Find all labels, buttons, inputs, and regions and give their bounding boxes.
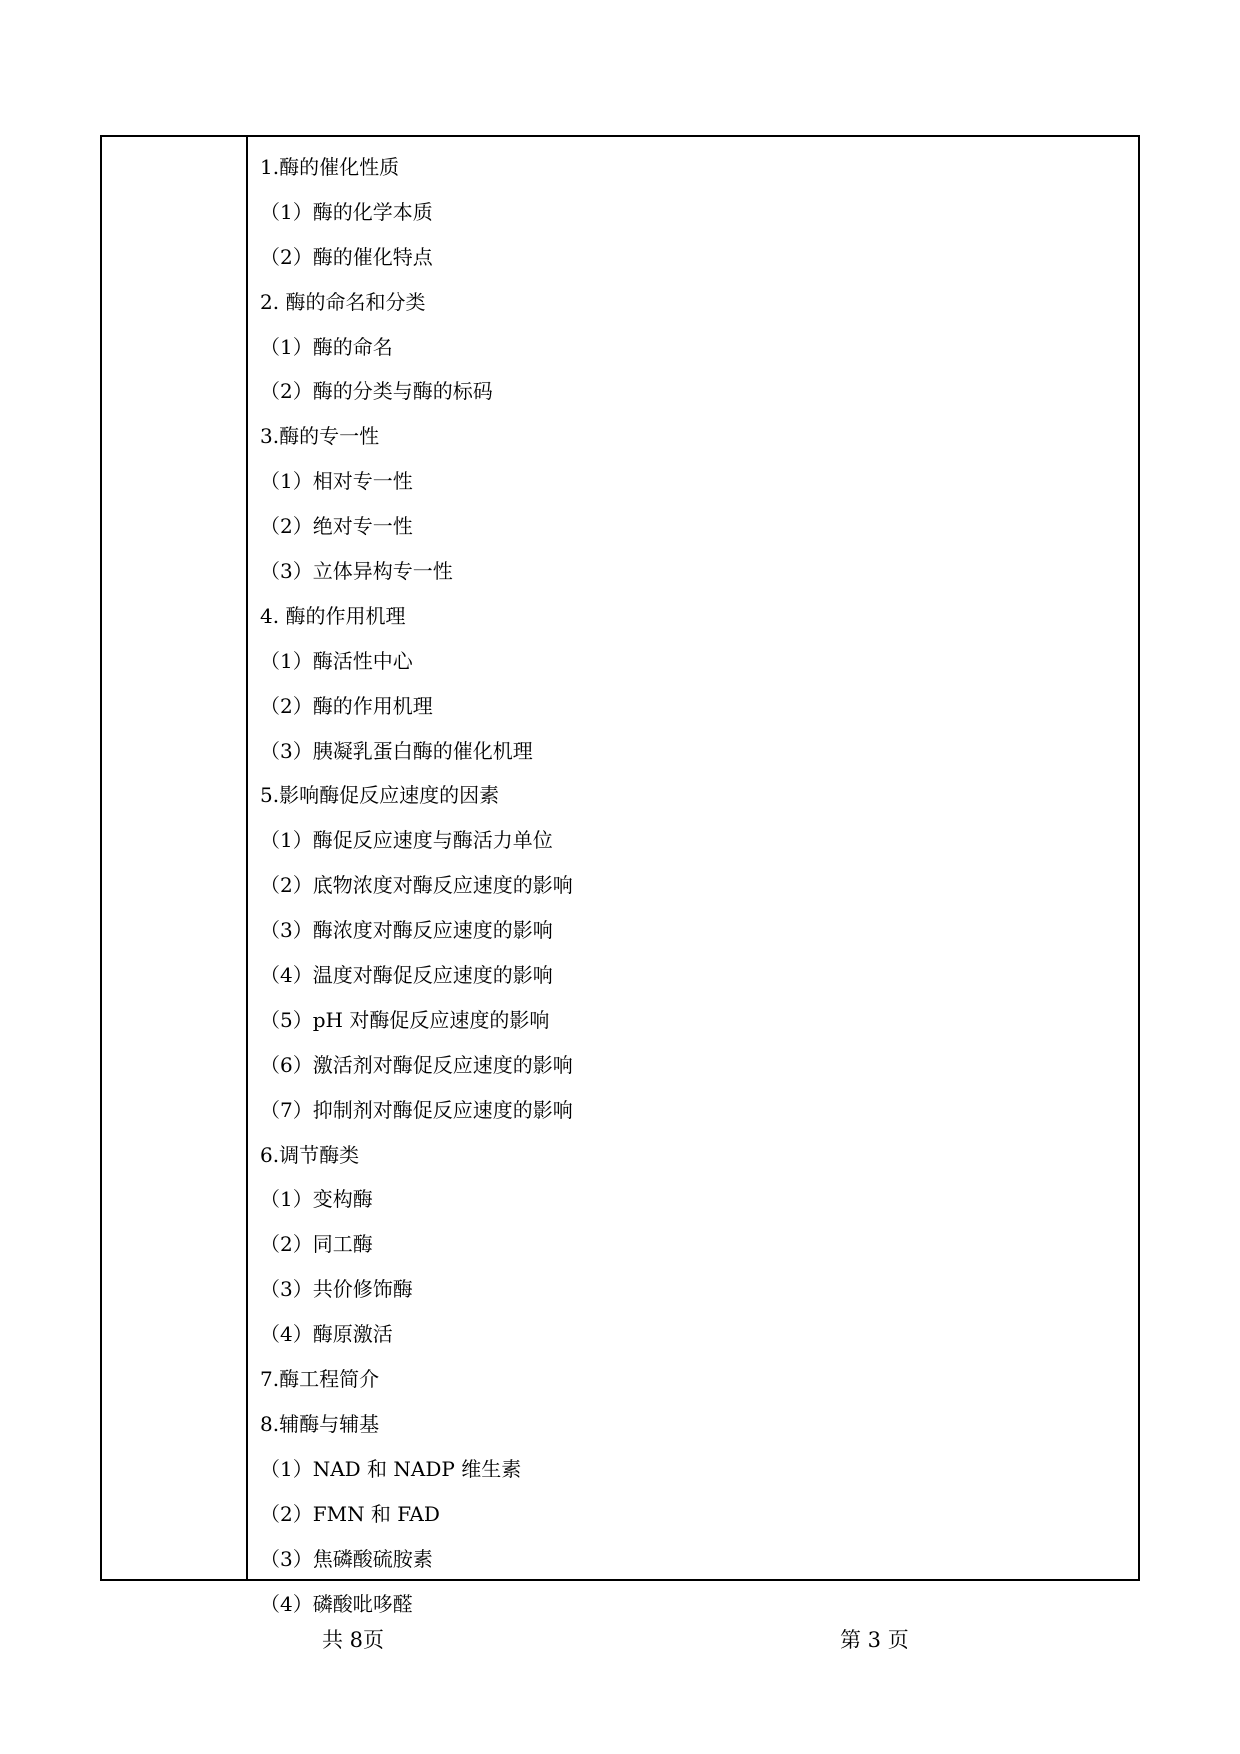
outline-subitem: （1）NAD 和 NADP 维生素 bbox=[260, 1447, 573, 1492]
outline-subitem: （3）共价修饰酶 bbox=[260, 1267, 573, 1312]
outline-subitem: （4）酶原激活 bbox=[260, 1312, 573, 1357]
outline-section-heading: 8.辅酶与辅基 bbox=[260, 1402, 573, 1447]
outline-subitem: （2）同工酶 bbox=[260, 1222, 573, 1267]
outline-section-heading: 5.影响酶促反应速度的因素 bbox=[260, 773, 573, 818]
outline-subitem: （1）酶的命名 bbox=[260, 325, 573, 370]
outline-subitem: （4）温度对酶促反应速度的影响 bbox=[260, 953, 573, 998]
table-left-cell bbox=[102, 137, 248, 1579]
outline-section-heading: 2. 酶的命名和分类 bbox=[260, 280, 573, 325]
outline-subitem: （3）酶浓度对酶反应速度的影响 bbox=[260, 908, 573, 953]
outline-subitem: （6）激活剂对酶促反应速度的影响 bbox=[260, 1043, 573, 1088]
outline-subitem: （3）立体异构专一性 bbox=[260, 549, 573, 594]
outline-subitem: （1）相对专一性 bbox=[260, 459, 573, 504]
outline-subitem: （3）焦磷酸硫胺素 bbox=[260, 1537, 573, 1582]
outline-subitem: （7）抑制剂对酶促反应速度的影响 bbox=[260, 1088, 573, 1133]
outline-subitem: （1）酶的化学本质 bbox=[260, 190, 573, 235]
outline-section-heading: 6.调节酶类 bbox=[260, 1133, 573, 1178]
outline-subitem: （2）酶的作用机理 bbox=[260, 684, 573, 729]
outline-subitem: （4）磷酸吡哆醛 bbox=[260, 1582, 573, 1627]
outline-subitem: （2）FMN 和 FAD bbox=[260, 1492, 573, 1537]
outline-subitem: （2）绝对专一性 bbox=[260, 504, 573, 549]
content-outline: 1.酶的催化性质（1）酶的化学本质（2）酶的催化特点2. 酶的命名和分类（1）酶… bbox=[260, 145, 573, 1626]
outline-subitem: （1）酶促反应速度与酶活力单位 bbox=[260, 818, 573, 863]
outline-section-heading: 7.酶工程简介 bbox=[260, 1357, 573, 1402]
total-pages-label: 共 8页 bbox=[322, 1625, 384, 1655]
outline-subitem: （2）酶的分类与酶的标码 bbox=[260, 369, 573, 414]
outline-subitem: （2）底物浓度对酶反应速度的影响 bbox=[260, 863, 573, 908]
outline-section-heading: 4. 酶的作用机理 bbox=[260, 594, 573, 639]
page-number-label: 第 3 页 bbox=[840, 1625, 909, 1655]
outline-subitem: （1）酶活性中心 bbox=[260, 639, 573, 684]
syllabus-table: 1.酶的催化性质（1）酶的化学本质（2）酶的催化特点2. 酶的命名和分类（1）酶… bbox=[100, 135, 1140, 1581]
outline-subitem: （3）胰凝乳蛋白酶的催化机理 bbox=[260, 729, 573, 774]
outline-subitem: （5）pH 对酶促反应速度的影响 bbox=[260, 998, 573, 1043]
outline-section-heading: 1.酶的催化性质 bbox=[260, 145, 573, 190]
outline-section-heading: 3.酶的专一性 bbox=[260, 414, 573, 459]
outline-subitem: （2）酶的催化特点 bbox=[260, 235, 573, 280]
table-content-cell: 1.酶的催化性质（1）酶的化学本质（2）酶的催化特点2. 酶的命名和分类（1）酶… bbox=[250, 137, 1138, 1579]
outline-subitem: （1）变构酶 bbox=[260, 1177, 573, 1222]
